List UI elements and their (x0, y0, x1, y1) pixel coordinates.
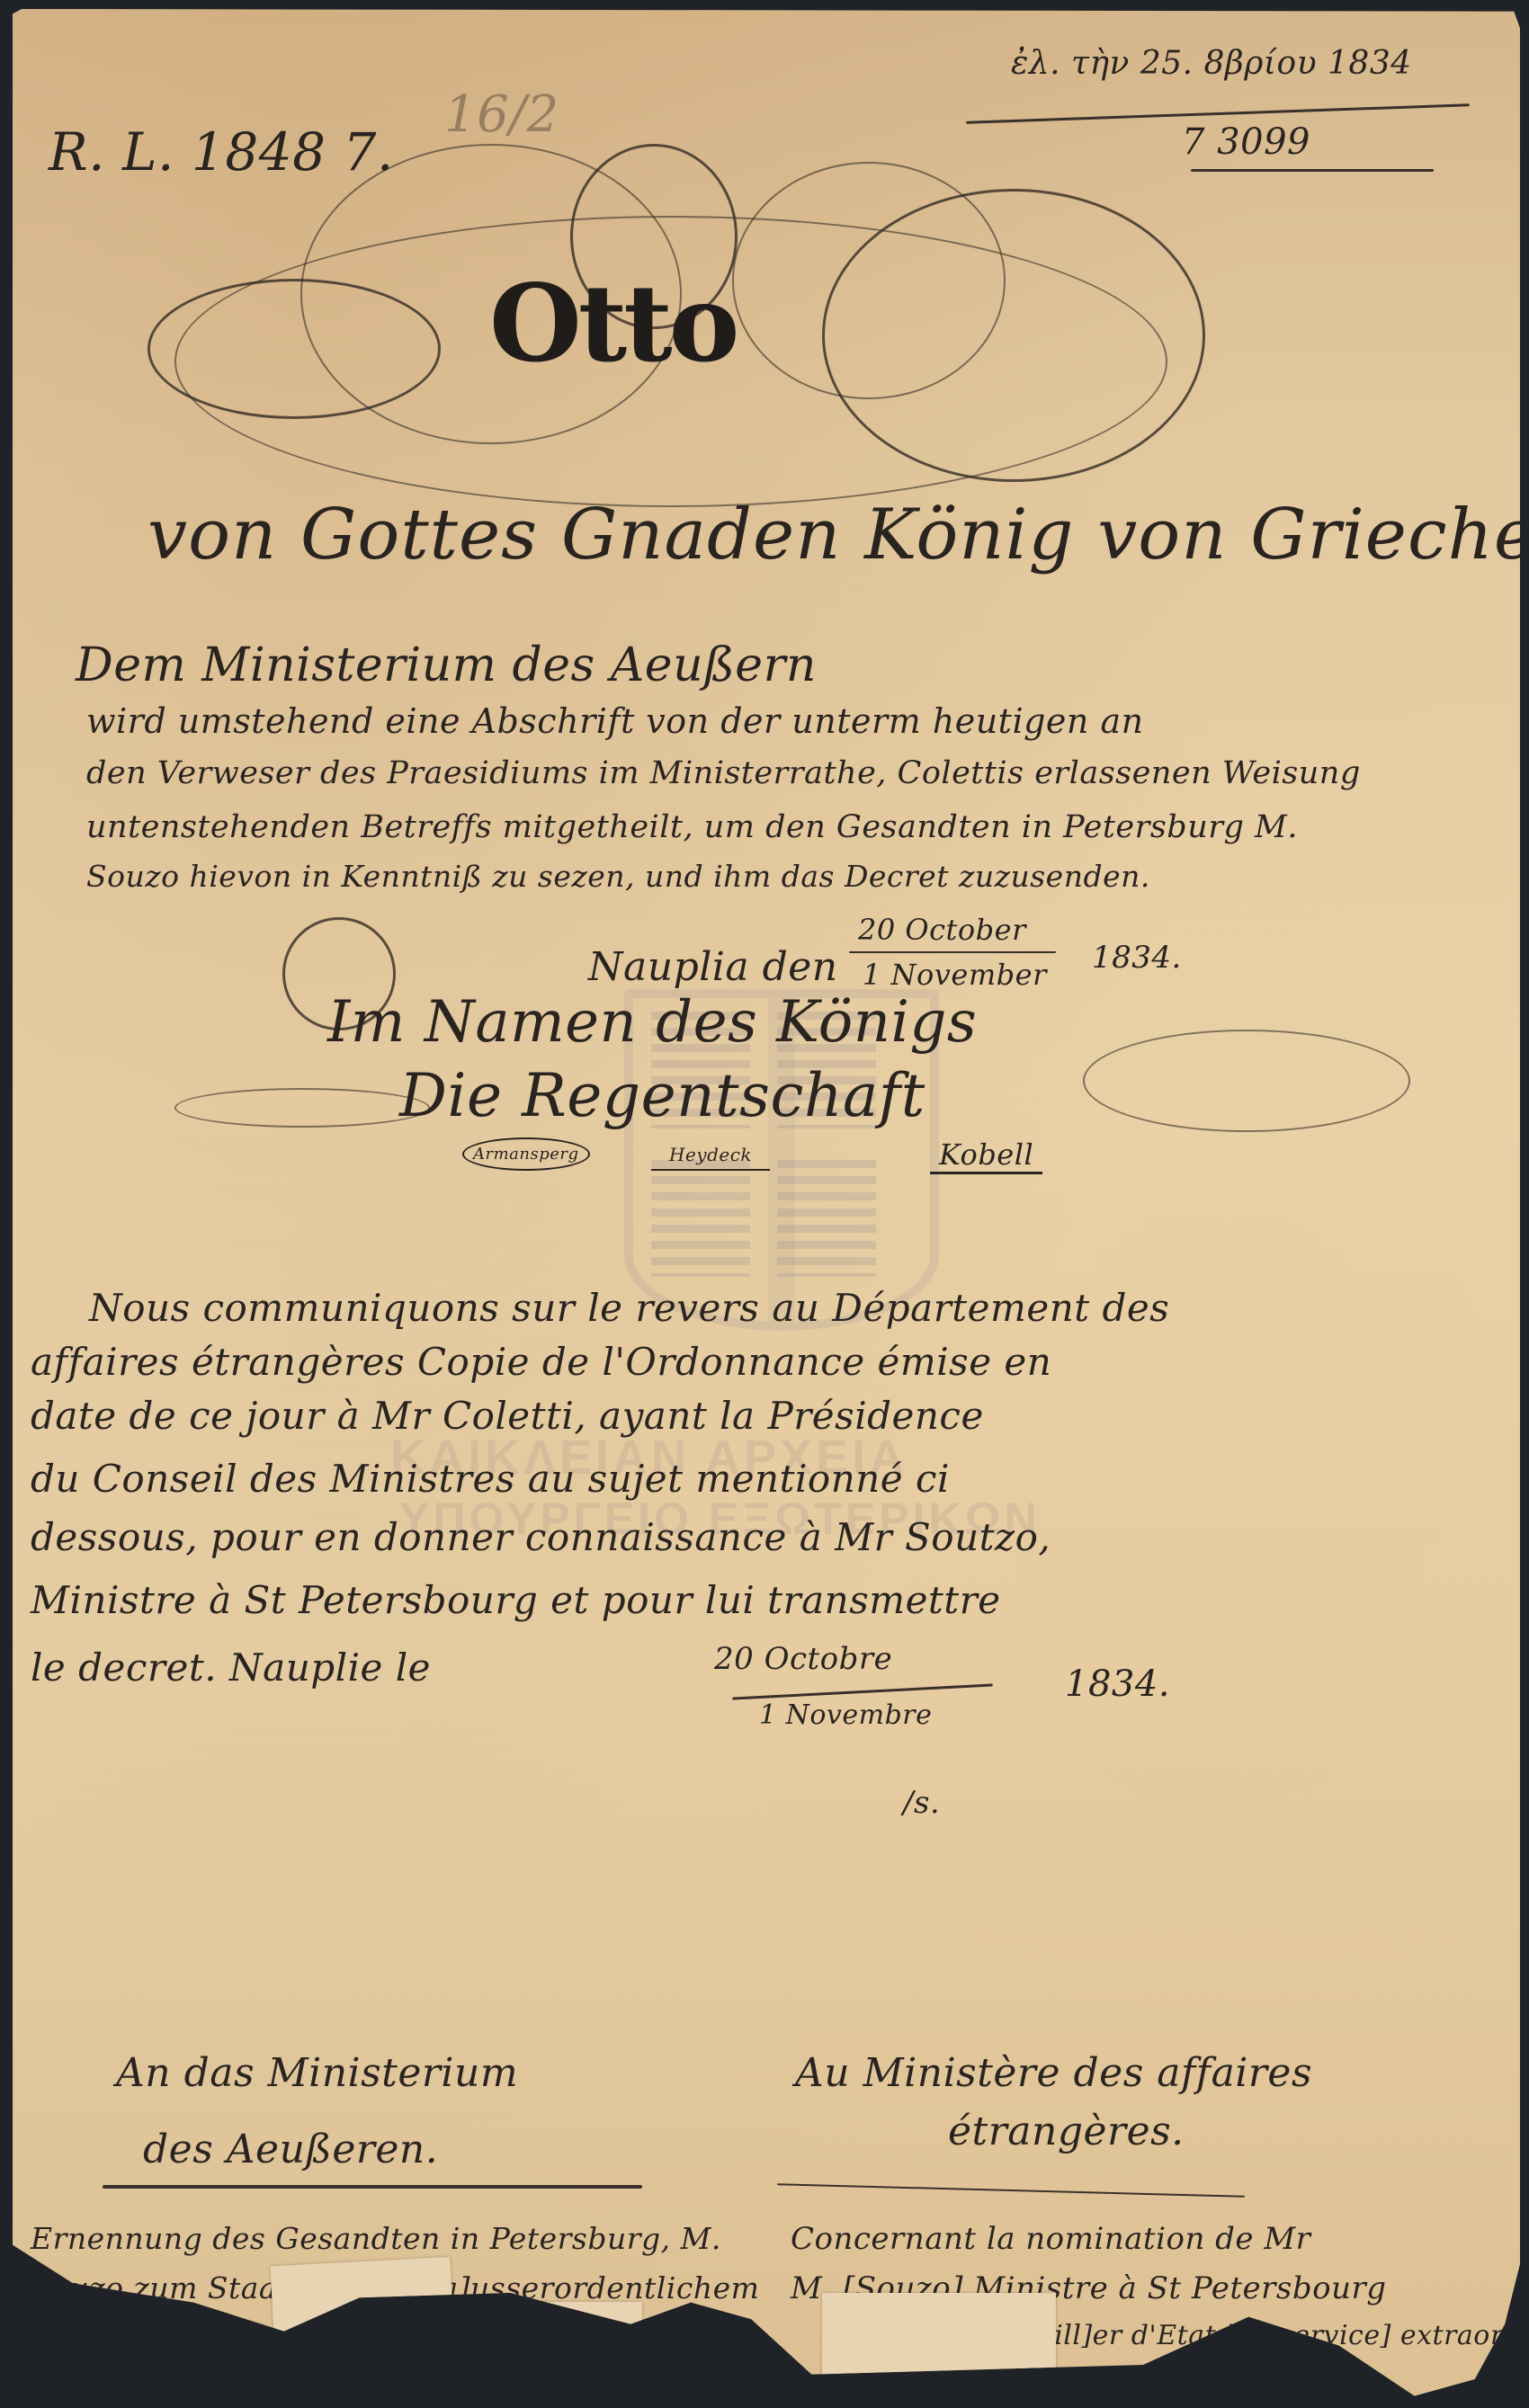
torn-paper-fragment (516, 2302, 642, 2383)
german-line-3: untenstehenden Betreffs mitgetheilt, um … (86, 809, 1298, 845)
subject-german-line-1: Ernennung des Gesandten in Petersburg, M… (31, 2221, 721, 2256)
signature-heydeck: Heydeck (651, 1140, 770, 1171)
german-line-1: wird umstehend eine Abschrift von der un… (86, 701, 1144, 741)
watermark-stripes-br (777, 1160, 876, 1277)
french-date-old: 20 Octobre (714, 1641, 892, 1677)
closing-line-1: Im Namen des Königs (327, 989, 977, 1056)
french-date-new: 1 Novembre (759, 1699, 932, 1731)
file-reference: 16/2 (444, 85, 559, 144)
salutation: Dem Ministerium des Aeußern (76, 638, 817, 692)
signature-kobell: Kobell (930, 1137, 1042, 1174)
french-line-7: le decret. Nauplie le (31, 1645, 431, 1690)
registry-mark: R. L. 1848 7. (49, 121, 394, 183)
closing-line-2: Die Regentschaft (399, 1061, 925, 1130)
document-page: ΚΑΙΚΛΕΙΑΝ ΑΡΧΕΙΑ ΥΠΟΥΡΓΕΙΟ ΕΞΩΤΕΡΙΚΩΝ R.… (13, 9, 1520, 2408)
french-line-5: dessous, pour en donner connaissance à M… (31, 1515, 1051, 1559)
divider-rule (777, 2183, 1245, 2198)
address-french-line-2: étrangères. (948, 2109, 1185, 2154)
royal-monogram: Otto (489, 261, 737, 386)
watermark-stripes-bl (651, 1160, 750, 1277)
royal-title: von Gottes Gnaden König von Griechenland… (148, 495, 1529, 575)
french-line-4: du Conseil des Ministres au sujet mentio… (31, 1457, 950, 1501)
french-line-3: date de ce jour à Mr Coletti, ayant la P… (31, 1394, 984, 1438)
french-line-6: Ministre à St Petersbourg et pour lui tr… (31, 1578, 1001, 1622)
flourish-ornament (174, 1088, 430, 1128)
french-year: 1834. (1065, 1663, 1170, 1705)
signature-armansperg: Armansperg (462, 1137, 590, 1171)
french-line-2: affaires étrangères Copie de l'Ordonnanc… (31, 1340, 1051, 1384)
flourish-ornament (1083, 1030, 1410, 1132)
place: Nauplia den (588, 944, 838, 990)
address-german-line-1: An das Ministerium (116, 2050, 518, 2096)
date-new-style: 1 November (863, 958, 1047, 992)
registry-number: 7 3099 (1182, 121, 1310, 163)
german-line-2: den Verweser des Praesidiums im Minister… (86, 755, 1361, 791)
paraph-mark: /s. (903, 1785, 940, 1821)
divider-rule (1191, 169, 1434, 172)
german-line-4: Souzo hievon in Kenntniß zu sezen, und i… (86, 859, 1150, 894)
address-french-line-1: Au Ministère des affaires (795, 2050, 1312, 2096)
date-fraction-rule (732, 1683, 993, 1699)
registry-note-line1: ἐλ. τὴν 25. 8βρίου 1834 (1011, 45, 1412, 82)
french-line-1: Nous communiquons sur le revers au Dépar… (89, 1286, 1169, 1330)
date-old-style: 20 October (858, 913, 1026, 947)
torn-paper-fragment (822, 2293, 1056, 2383)
divider-rule (103, 2185, 642, 2189)
year: 1834. (1092, 940, 1182, 976)
address-german-line-2: des Aeußeren. (143, 2127, 438, 2172)
date-fraction-rule (849, 951, 1056, 953)
subject-french-line-1: Concernant la nomination de Mr (791, 2221, 1310, 2257)
torn-paper-fragment (270, 2257, 456, 2392)
